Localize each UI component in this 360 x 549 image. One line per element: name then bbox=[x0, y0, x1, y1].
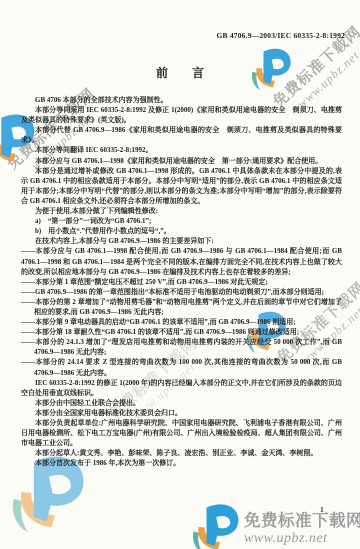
list-item-b: b) 用小数点“.”代替用作小数点的逗号“,”。 bbox=[35, 226, 342, 236]
footer-site-url: www.upbz.net bbox=[244, 531, 360, 547]
paragraph: IEC 60335-2-8:1992 的修正 1(2000 年)的内容已经编入本… bbox=[21, 378, 342, 398]
paragraph: 本部分是通过增补或修改 GB 4706.1—1998 形成的。GB 4706.1… bbox=[21, 166, 342, 206]
upbz-logo-icon bbox=[186, 500, 240, 549]
dash-item: ——本部分应与 GB 4706.1—1998 配合使用,而 GB 4706.9—… bbox=[21, 246, 342, 276]
paragraph: 本部分等同采用 IEC 60335-2-8:1992 及修正 1(2000)《家… bbox=[21, 105, 342, 125]
dash-item: ——本部分第 1 章范围“额定电压不超过 250 V”,而 GB 4706.9—… bbox=[21, 277, 342, 287]
site-footer-logo: 免费标准下载网 www.upbz.net bbox=[186, 500, 360, 549]
paragraph: 本部分代替 GB 4706.9—1986《家用和类似用途电器的安全 剃须刀、电推… bbox=[21, 125, 342, 145]
footer-text: 免费标准下载网 www.upbz.net bbox=[244, 507, 360, 547]
dash-item: ——本部分第 18 章耐久性“GB 4706.1 的该章不适用”,而 GB 47… bbox=[21, 327, 342, 337]
paragraph: 在技术内容上,本部分与 GB 4706.9—1986 的主要差异如下: bbox=[21, 236, 342, 246]
paragraph: 为便于使用,本部分做了下列编辑性修改: bbox=[21, 206, 342, 216]
dash-item: ——本部分的 24.1.3 增加了“理发店用电推剪和动物用电推剪内装的开关应经受… bbox=[21, 337, 342, 357]
footer-site-name: 免费标准下载网 bbox=[244, 507, 360, 531]
paragraph: 本部分起草人:黄文秀、李艳、彭味荣、陈子良、凌宏浩、别正业、李诚、金天鸿、李树照… bbox=[21, 448, 342, 458]
paragraph: 本部分由中国轻工业联合会提出。 bbox=[21, 398, 342, 408]
dash-item: ——本部分的第 2 章增加了“动物用剪毛器”和“动物用电推剪”两个定义,并在后面… bbox=[21, 297, 342, 317]
paragraph: 本部分首次发布于 1986 年,本次为第一次修订。 bbox=[21, 458, 342, 468]
paragraph: 本部分负责起草单位:广州电器科学研究院、中国家用电器研究院、飞利浦电子香港有限公… bbox=[21, 418, 342, 448]
paragraph: 本部分等同翻译 IEC 60335-2-8:1992。 bbox=[21, 145, 342, 155]
standard-code: GB 4706.9—2003/IEC 60335-2-8:1992 bbox=[217, 31, 345, 40]
list-item-a: a) “第一部分”一词改为“GB 4706.1”; bbox=[35, 216, 342, 226]
paragraph: 本部分由全国家用电器标准化技术委员会归口。 bbox=[21, 408, 342, 418]
dash-item: ——本部分的 24.14 要求 Z 型连接的弯曲次数为 100 000 次,其他… bbox=[21, 357, 342, 377]
scanned-standard-page: 免费标准下载网 www.upbz.net 免费标准下载网 www.upbz.ne… bbox=[0, 0, 360, 549]
foreword-body: GB 4706 本部分的全部技术内容为强制性。 本部分等同采用 IEC 6033… bbox=[21, 95, 342, 468]
dash-item: ——本部分第 9 章电动器具的启动“GB 4706.1 的该章不适用”,而 GB… bbox=[21, 317, 342, 327]
paragraph: GB 4706 本部分的全部技术内容为强制性。 bbox=[21, 95, 342, 105]
paragraph: 本部分应与 GB 4706.1—1998《家用和类似用途电器的安全 第一部分:通… bbox=[21, 156, 342, 166]
page-title: 前 言 bbox=[0, 64, 360, 81]
dash-item: ——GB 4706.9—1986 的第一章范围指出“本标准不适用于电池驱动的电动… bbox=[21, 287, 342, 297]
